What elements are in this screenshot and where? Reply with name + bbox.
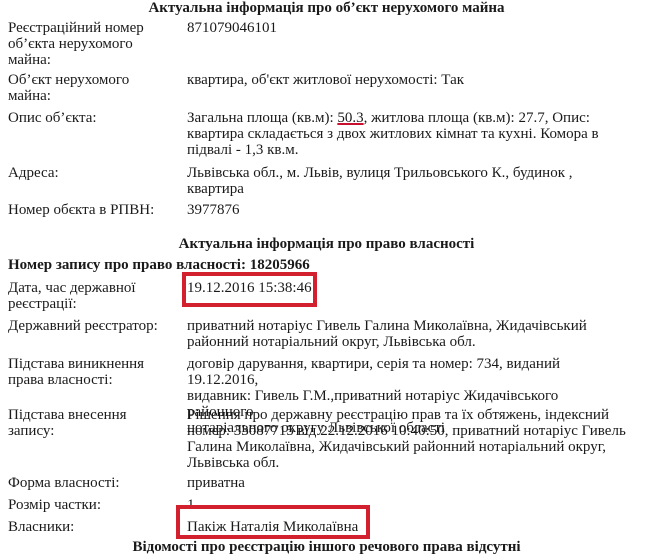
footer-note: Відомості про реєстрацію іншого речового… bbox=[0, 539, 653, 555]
ownership-section-title: Актуальна інформація про право власності bbox=[0, 236, 653, 253]
description-prefix: Загальна площа (кв.м): bbox=[187, 110, 337, 126]
label-share-size: Розмір частки: bbox=[8, 497, 178, 513]
label-record-basis: Підстава внесення запису: bbox=[8, 407, 178, 439]
property-section-title: Актуальна інформація про об’єкт нерухомо… bbox=[0, 0, 653, 17]
value-state-registrar: приватний нотаріус Гивель Галина Миколаї… bbox=[187, 318, 627, 350]
date-highlight-box bbox=[182, 272, 317, 307]
owner-highlight-box bbox=[176, 505, 370, 539]
label-object-description: Опис об’єкта: bbox=[8, 110, 178, 126]
value-record-basis: Рішення про державну реєстрацію прав та … bbox=[187, 407, 627, 471]
label-state-registrar: Державний реєстратор: bbox=[8, 318, 178, 334]
value-address: Львівська обл., м. Львів, вулиця Трильов… bbox=[187, 165, 627, 197]
label-ownership-basis: Підстава виникнення права власності: bbox=[8, 356, 178, 388]
label-registration-number: Реєстраційний номер об’єкта нерухомого м… bbox=[8, 20, 178, 68]
label-registration-date: Дата, час державної реєстрації: bbox=[8, 280, 178, 312]
label-rpvn-number: Номер обєкта в РПВН: bbox=[8, 202, 178, 218]
label-ownership-form: Форма власності: bbox=[8, 475, 178, 491]
total-area-highlight: 50.3 bbox=[337, 110, 363, 126]
value-object-description: Загальна площа (кв.м): 50.3, житлова пло… bbox=[187, 110, 627, 158]
label-owners: Власники: bbox=[8, 519, 178, 535]
label-property-object: Об’єкт нерухомого майна: bbox=[8, 72, 178, 104]
label-address: Адреса: bbox=[8, 165, 178, 181]
value-rpvn-number: 3977876 bbox=[187, 202, 627, 218]
value-property-object: квартира, об'єкт житлової нерухомості: Т… bbox=[187, 72, 627, 88]
value-registration-number: 871079046101 bbox=[187, 20, 627, 36]
value-ownership-form: приватна bbox=[187, 475, 627, 491]
